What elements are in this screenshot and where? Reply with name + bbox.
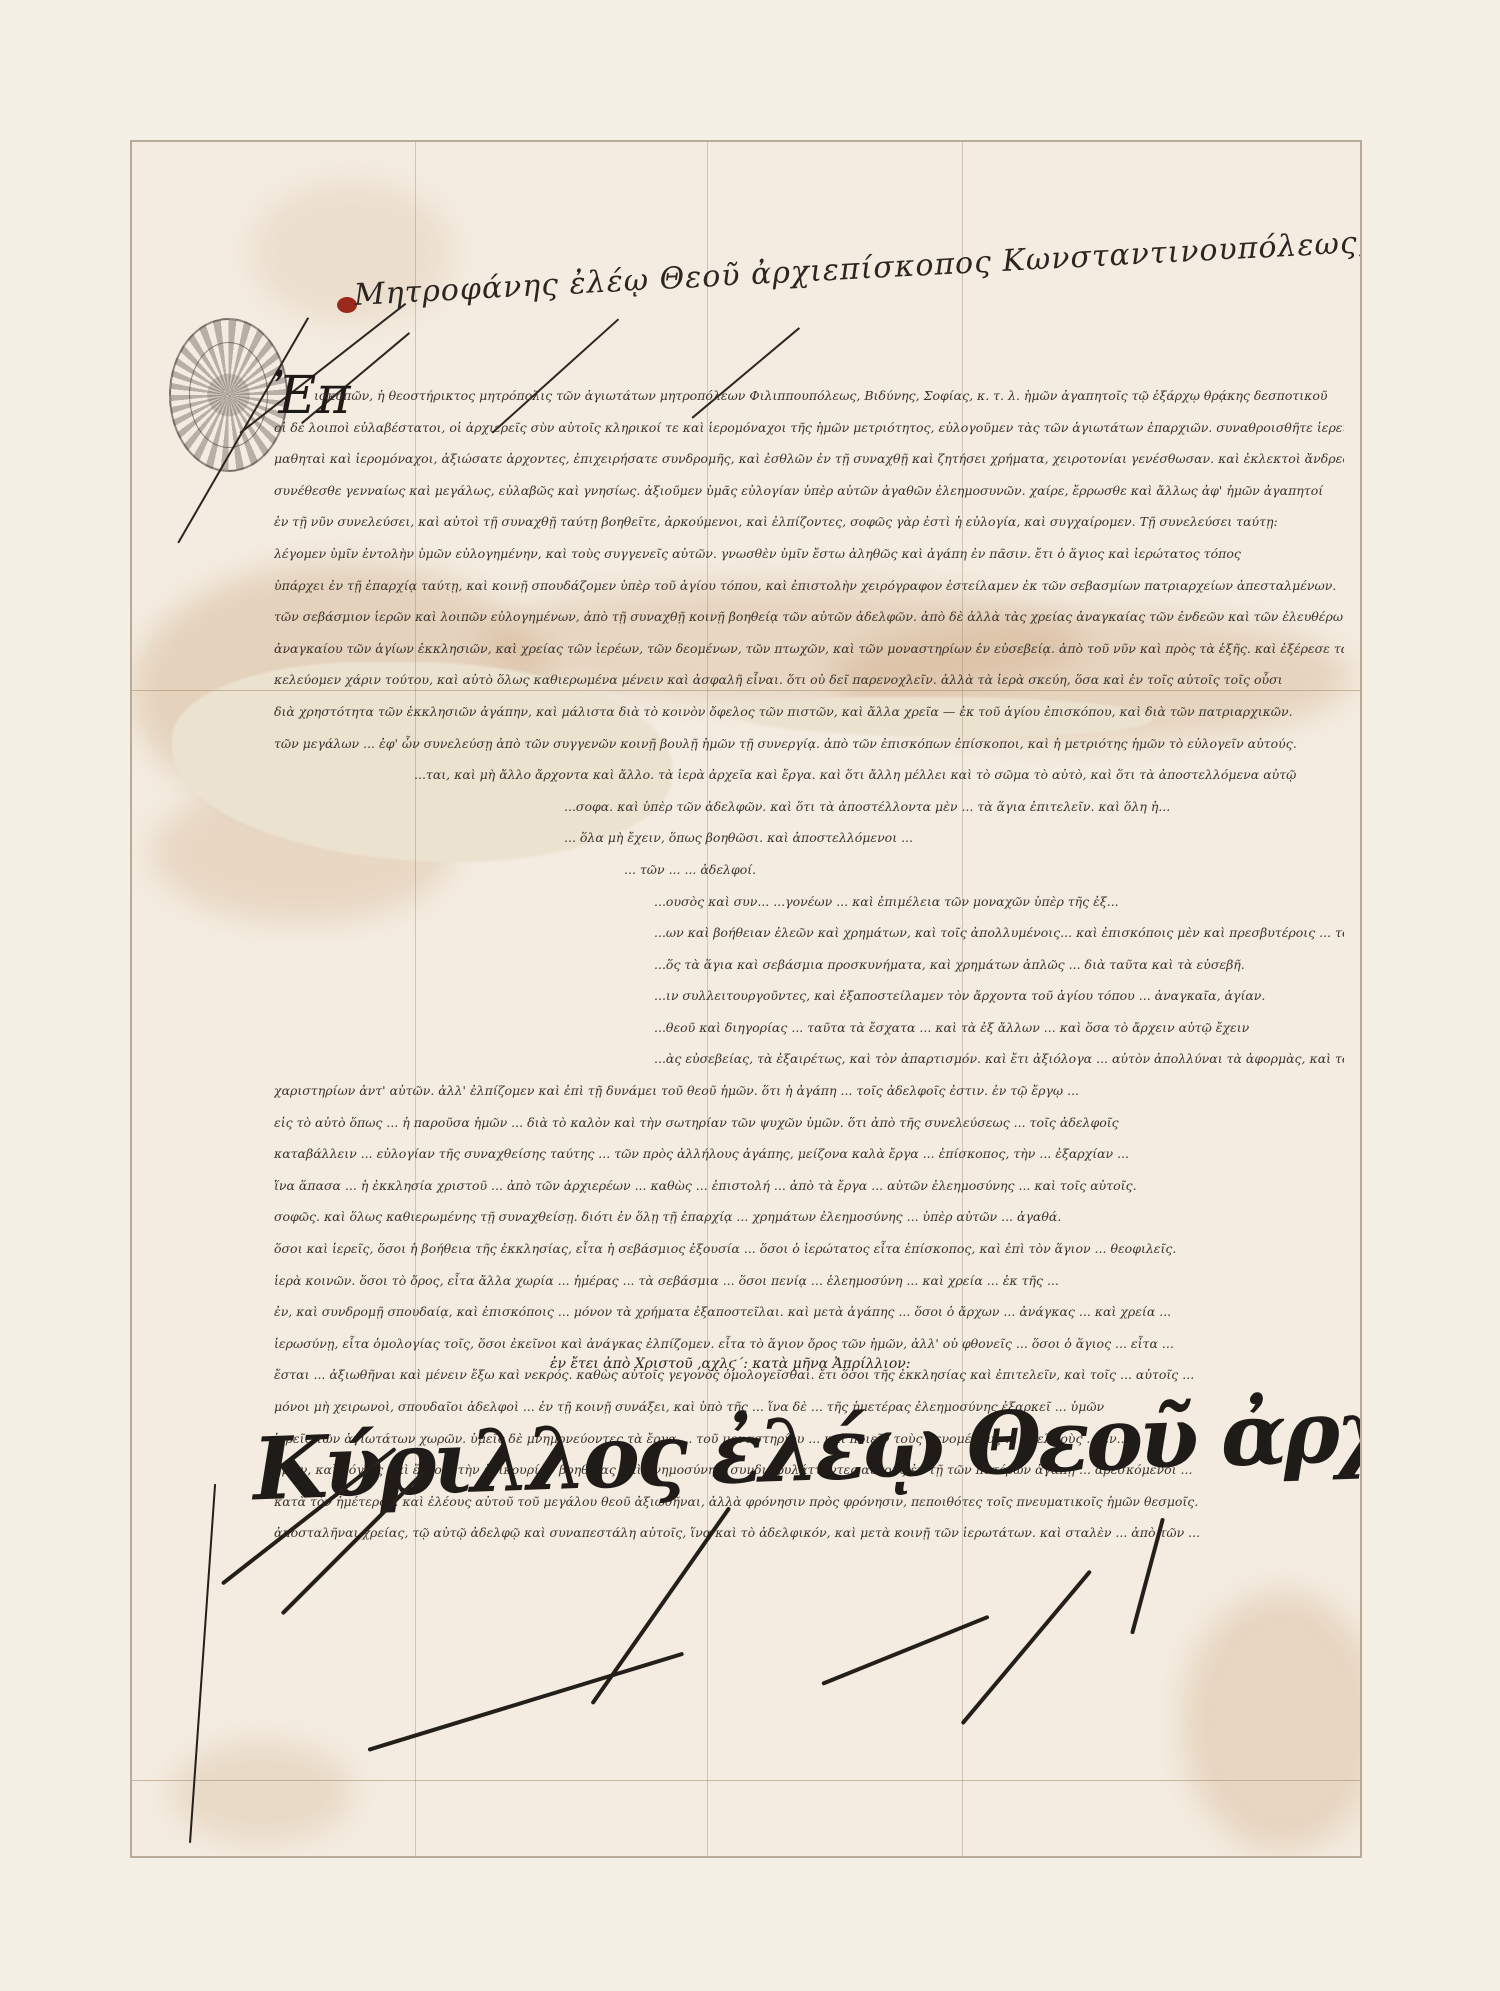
text-line: ὑπάρχει ἐν τῇ ἐπαρχίᾳ ταύτῃ, καὶ κοινῇ σ…: [274, 570, 1344, 602]
text-line: τῶν μεγάλων ... ἐφ' ὧν συνελεύσῃ ἀπὸ τῶν…: [274, 728, 1344, 760]
text-line: ...ιν συλλειτουργοῦντες, καὶ ἐξαποστείλα…: [274, 980, 1344, 1012]
text-line: εἰς τὸ αὐτὸ ὅπως ... ἡ παροῦσα ἡμῶν ... …: [274, 1107, 1344, 1139]
text-line: ἱερωσύνῃ, εἶτα ὁμολογίας τοῖς, ὅσοι ἐκεῖ…: [274, 1328, 1344, 1360]
text-line: χαριστηρίων ἀντ' αὐτῶν. ἀλλ' ἐλπίζομεν κ…: [274, 1075, 1344, 1107]
text-line: ...ὰς εὐσεβείας, τὰ ἐξαιρέτως, καὶ τὸν ἀ…: [274, 1043, 1344, 1075]
text-line: ...ὅς τὰ ἅγια καὶ σεβάσμια προσκυνήματα,…: [274, 949, 1344, 981]
text-line: καταβάλλειν ... εὐλογίαν τῆς συναχθείσης…: [274, 1138, 1344, 1170]
header-signature: Μητροφάνης ἐλέῳ Θεοῦ ἀρχιεπίσκοπος Κωνστ…: [353, 214, 1362, 313]
water-stain: [1182, 1592, 1362, 1852]
text-line: ...ται, καὶ μὴ ἄλλο ἄρχοντα καὶ ἄλλο. τὰ…: [274, 759, 1344, 791]
text-line: ἀναγκαίου τῶν ἁγίων ἐκκλησιῶν, καὶ χρεία…: [274, 633, 1344, 665]
text-line: ἵνα ἅπασα ... ἡ ἐκκλησία χριστοῦ ... ἀπὸ…: [274, 1170, 1344, 1202]
signature-stroke: [960, 1570, 1092, 1726]
water-stain: [172, 1742, 352, 1842]
letter-body: ισκοπῶν, ἡ θεοστήρικτος μητρόπολις τῶν ἁ…: [274, 380, 1344, 1549]
ink-seal-stamp: [169, 318, 288, 472]
text-line: ισκοπῶν, ἡ θεοστήρικτος μητρόπολις τῶν ἁ…: [274, 380, 1344, 412]
text-line: ...ων καὶ βοήθειαν ἐλεῶν καὶ χρημάτων, κ…: [274, 917, 1344, 949]
text-line: σοφῶς. καὶ ὅλως καθιερωμένης τῇ συναχθεί…: [274, 1201, 1344, 1233]
text-line: ἱερὰ κοινῶν. ὅσοι τὸ ὄρος, εἶτα ἄλλα χωρ…: [274, 1265, 1344, 1297]
manuscript-sheet: Μητροφάνης ἐλέῳ Θεοῦ ἀρχιεπίσκοπος Κωνστ…: [130, 140, 1362, 1858]
text-line: ...θεοῦ καὶ διηγορίας ... ταῦτα τὰ ἔσχατ…: [274, 1012, 1344, 1044]
text-line: κελεύομεν χάριν τούτου, καὶ αὐτὸ ὅλως κα…: [274, 664, 1344, 696]
text-line: ἐν, καὶ συνδρομῇ σπουδαίᾳ, καὶ ἐπισκόποι…: [274, 1296, 1344, 1328]
text-line: λέγομεν ὑμῖν ἐντολὴν ὑμῶν εὐλογημένην, κ…: [274, 538, 1344, 570]
text-line: ...ουσὸς καὶ συν... ...γονέων ... καὶ ἐπ…: [274, 886, 1344, 918]
text-line: ... ὅλα μὴ ἔχειν, ὅπως βοηθῶσι. καὶ ἀποσ…: [274, 822, 1344, 854]
text-line: ἀποσταλῆναι χρείας, τῷ αὐτῷ ἀδελφῷ καὶ σ…: [274, 1517, 1344, 1549]
text-line: συνέθεσθε γενναίως καὶ μεγάλως, εὐλαβῶς …: [274, 475, 1344, 507]
fold-line: [132, 1780, 1360, 1781]
text-line: ἐν τῇ νῦν συνελεύσει, καὶ αὐτοὶ τῇ συναχ…: [274, 506, 1344, 538]
signature-stroke: [821, 1615, 989, 1686]
text-line: οἱ δὲ λοιποὶ εὐλαβέστατοι, οἱ ἀρχιερεῖς …: [274, 412, 1344, 444]
text-line: μαθηταὶ καὶ ἱερομόναχοι, ἀξιώσατε ἀρχοντ…: [274, 443, 1344, 475]
text-line: διὰ χρηστότητα τῶν ἐκκλησιῶν ἀγάπην, καὶ…: [274, 696, 1344, 728]
text-line: ...σοφα. καὶ ὑπὲρ τῶν ἀδελφῶν. καὶ ὅτι τ…: [274, 791, 1344, 823]
text-line: ὅσοι καὶ ἱερεῖς, ὅσοι ἡ βοήθεια τῆς ἐκκλ…: [274, 1233, 1344, 1265]
dating-line: ἐν ἔτει ἀπὸ Χριστοῦ ,αχλϛ΄: κατὰ μῆνα Ἀπ…: [550, 1356, 910, 1372]
text-line: τῶν σεβάσμιον ἱερῶν καὶ λοιπῶν εὐλογημέν…: [274, 601, 1344, 633]
text-line: ... τῶν ... ... ἀδελφοί.: [274, 854, 1344, 886]
